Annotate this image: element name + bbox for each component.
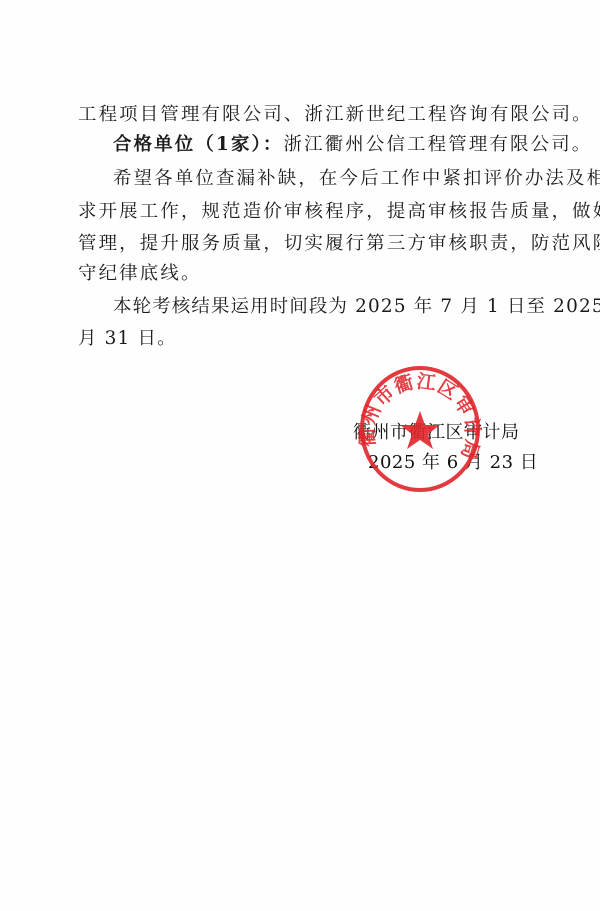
paragraph-line: 求开展工作，规范造价审核程序，提高审核报告质量，做好档案 bbox=[78, 201, 534, 223]
qualified-units-value: 浙江衢州公信工程管理有限公司。 bbox=[284, 134, 593, 155]
paragraph-line: 管理，提升服务质量，切实履行第三方审核职责，防范风险，严 bbox=[78, 233, 534, 255]
qualified-units-line: 合格单位（1家）：浙江衢州公信工程管理有限公司。 bbox=[113, 134, 569, 156]
paragraph-line: 守纪律底线。 bbox=[78, 263, 534, 285]
document-page: 工程项目管理有限公司、浙江新世纪工程咨询有限公司。 合格单位（1家）：浙江衢州公… bbox=[0, 0, 600, 911]
qualified-units-label: 合格单位（1家）： bbox=[113, 134, 284, 155]
paragraph-line: 本轮考核结果运用时间段为 2025 年 7 月 1 日至 2025 年 12 bbox=[113, 296, 569, 318]
seal-icon: 衢州市衢江区审计局 bbox=[358, 365, 482, 495]
paragraph-line: 工程项目管理有限公司、浙江新世纪工程咨询有限公司。 bbox=[78, 104, 534, 126]
official-seal: 衢州市衢江区审计局 bbox=[358, 365, 482, 495]
paragraph-line: 希望各单位查漏补缺，在今后工作中紧扣评价办法及相关要 bbox=[113, 168, 569, 190]
paragraph-line: 月 31 日。 bbox=[78, 328, 534, 350]
